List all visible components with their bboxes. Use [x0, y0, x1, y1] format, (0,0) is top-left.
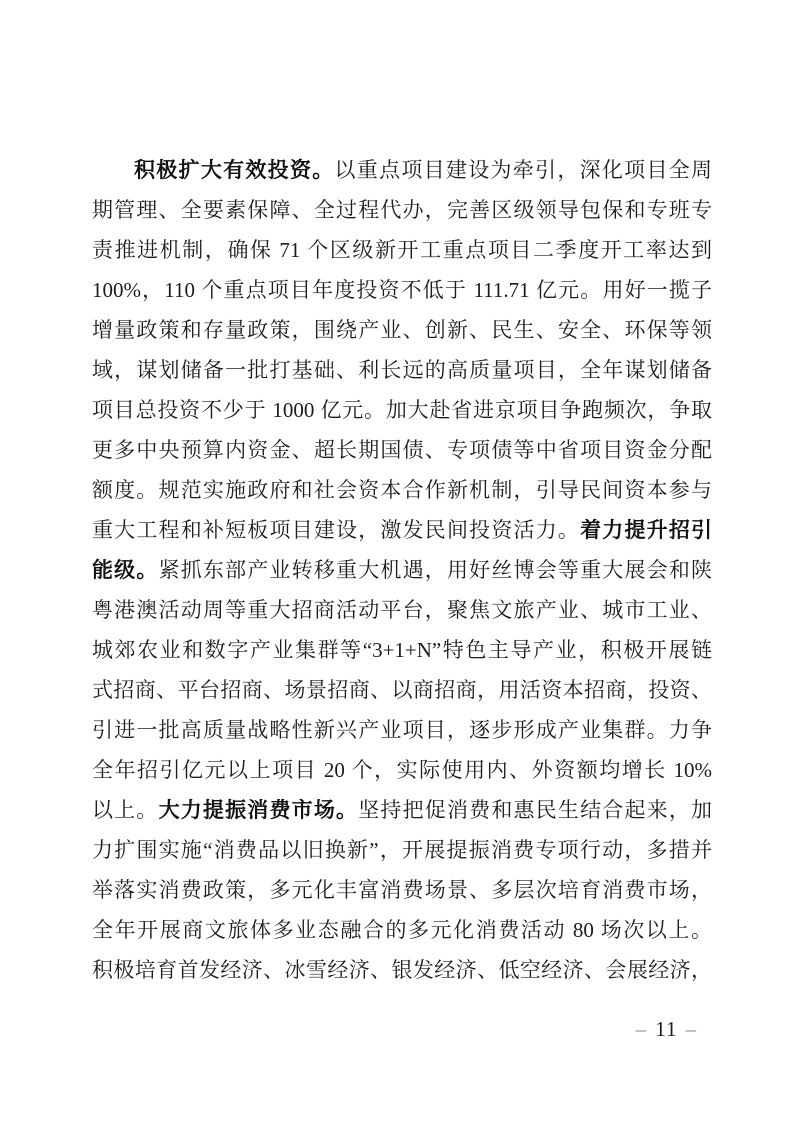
body-text: 力扩围实施“消费品以旧换新”，开展提振消费专项行动，多措并	[92, 838, 712, 862]
body-text: 100%，110 个重点项目年度投资不低于 111.71 亿元。用好一揽子	[92, 278, 712, 302]
bold-heading-text: 积极扩大有效投资。	[134, 159, 335, 182]
body-text: 粤港澳活动周等重大招商活动平台，聚焦文旅产业、城市工业、	[92, 598, 712, 622]
text-line: 积极扩大有效投资。以重点项目建设为牵引，深化项目全周	[92, 150, 712, 190]
body-text: 坚持把促消费和惠民生结合起来，加	[358, 798, 712, 822]
body-text: 举落实消费政策，多元化丰富消费场景、多层次培育消费市场，	[92, 878, 712, 902]
document-body: 积极扩大有效投资。以重点项目建设为牵引，深化项目全周期管理、全要素保障、全过程代…	[92, 150, 712, 990]
text-line: 100%，110 个重点项目年度投资不低于 111.71 亿元。用好一揽子	[92, 270, 712, 310]
text-line: 增量政策和存量政策，围绕产业、创新、民生、安全、环保等领	[92, 310, 712, 350]
page-number-dash-right: –	[682, 1017, 702, 1041]
bold-heading-text: 着力提升招引	[580, 519, 712, 542]
text-line: 全年开展商文旅体多业态融合的多元化消费活动 80 场次以上。	[92, 910, 712, 950]
text-line: 期管理、全要素保障、全过程代办，完善区级领导包保和专班专	[92, 190, 712, 230]
body-text: 以重点项目建设为牵引，深化项目全周	[335, 158, 712, 182]
text-line: 力扩围实施“消费品以旧换新”，开展提振消费专项行动，多措并	[92, 830, 712, 870]
text-line: 项目总投资不少于 1000 亿元。加大赴省进京项目争跑频次，争取	[92, 390, 712, 430]
body-text: 重大工程和补短板项目建设，激发民间投资活力。	[92, 518, 580, 542]
body-text: 城郊农业和数字产业集群等“3+1+N”特色主导产业，积极开展链	[92, 638, 712, 662]
bold-heading-text: 大力提振消费市场。	[159, 799, 359, 822]
body-text: 期管理、全要素保障、全过程代办，完善区级领导包保和专班专	[92, 198, 712, 222]
body-text: 项目总投资不少于 1000 亿元。加大赴省进京项目争跑频次，争取	[92, 398, 712, 422]
body-text: 增量政策和存量政策，围绕产业、创新、民生、安全、环保等领	[92, 318, 712, 342]
body-text: 域，谋划储备一批打基础、利长远的高质量项目，全年谋划储备	[92, 358, 712, 382]
body-text: 额度。规范实施政府和社会资本合作新机制，引导民间资本参与	[92, 478, 712, 502]
text-line: 粤港澳活动周等重大招商活动平台，聚焦文旅产业、城市工业、	[92, 590, 712, 630]
text-line: 责推进机制，确保 71 个区级新开工重点项目二季度开工率达到	[92, 230, 712, 270]
body-text: 全年开展商文旅体多业态融合的多元化消费活动 80 场次以上。	[92, 918, 712, 942]
body-text: 更多中央预算内资金、超长期国债、专项债等中省项目资金分配	[92, 438, 712, 462]
text-line: 更多中央预算内资金、超长期国债、专项债等中省项目资金分配	[92, 430, 712, 470]
page-number-dash-left: –	[632, 1017, 652, 1041]
text-line: 引进一批高质量战略性新兴产业项目，逐步形成产业集群。力争	[92, 710, 712, 750]
body-text: 以上。	[92, 798, 159, 822]
body-text: 紧抓东部产业转移重大机遇，用好丝博会等重大展会和陕	[159, 558, 712, 582]
page-number-value: 11	[651, 1017, 681, 1041]
text-line: 式招商、平台招商、场景招商、以商招商，用活资本招商，投资、	[92, 670, 712, 710]
document-page: 积极扩大有效投资。以重点项目建设为牵引，深化项目全周期管理、全要素保障、全过程代…	[0, 0, 793, 1122]
text-line: 城郊农业和数字产业集群等“3+1+N”特色主导产业，积极开展链	[92, 630, 712, 670]
text-line: 额度。规范实施政府和社会资本合作新机制，引导民间资本参与	[92, 470, 712, 510]
body-text: 积极培育首发经济、冰雪经济、银发经济、低空经济、会展经济，	[92, 958, 712, 982]
bold-heading-text: 能级。	[92, 559, 159, 582]
text-line: 域，谋划储备一批打基础、利长远的高质量项目，全年谋划储备	[92, 350, 712, 390]
body-text: 引进一批高质量战略性新兴产业项目，逐步形成产业集群。力争	[92, 718, 712, 742]
body-text: 式招商、平台招商、场景招商、以商招商，用活资本招商，投资、	[92, 678, 712, 702]
text-line: 以上。大力提振消费市场。坚持把促消费和惠民生结合起来，加	[92, 790, 712, 830]
text-line: 能级。紧抓东部产业转移重大机遇，用好丝博会等重大展会和陕	[92, 550, 712, 590]
text-line: 全年招引亿元以上项目 20 个，实际使用内、外资额均增长 10%	[92, 750, 712, 790]
text-line: 积极培育首发经济、冰雪经济、银发经济、低空经济、会展经济，	[92, 950, 712, 990]
text-line: 重大工程和补短板项目建设，激发民间投资活力。着力提升招引	[92, 510, 712, 550]
page-number: –11–	[632, 1014, 701, 1044]
text-line: 举落实消费政策，多元化丰富消费场景、多层次培育消费市场，	[92, 870, 712, 910]
body-text: 全年招引亿元以上项目 20 个，实际使用内、外资额均增长 10%	[92, 758, 712, 782]
body-text: 责推进机制，确保 71 个区级新开工重点项目二季度开工率达到	[92, 238, 712, 262]
